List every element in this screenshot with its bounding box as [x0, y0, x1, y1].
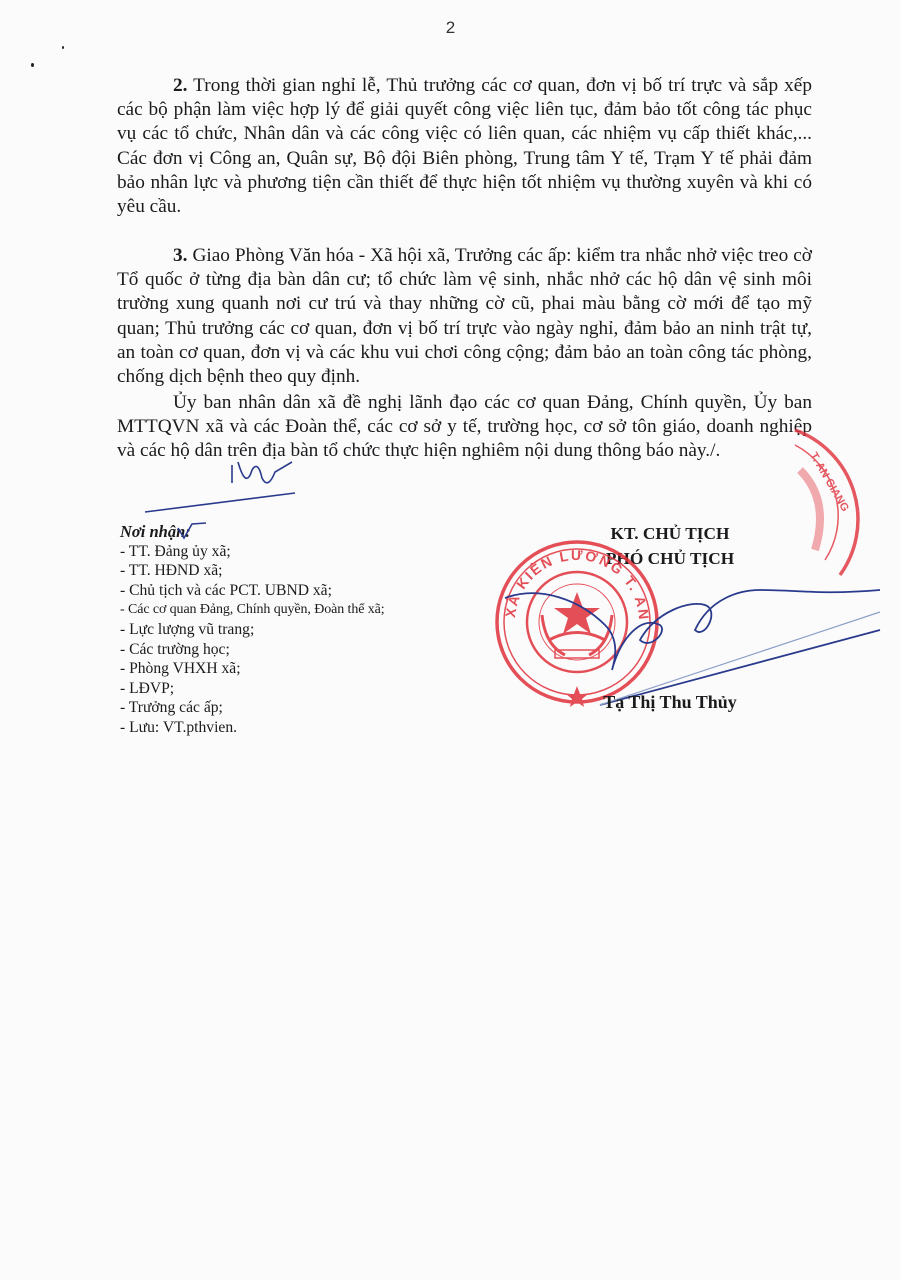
recipient-item: - TT. Đảng ủy xã; — [120, 542, 385, 562]
recipient-item: - Phòng VHXH xã; — [120, 659, 385, 679]
paragraph-text: Ủy ban nhân dân xã đề nghị lãnh đạo các … — [117, 391, 812, 464]
paragraph-text: Trong thời gian nghỉ lễ, Thủ trưởng các … — [117, 75, 812, 217]
recipient-item: - Chủ tịch và các PCT. UBND xã; — [120, 581, 385, 601]
signature-title-line1: KT. CHỦ TỊCH — [560, 521, 780, 546]
signature-scribble — [505, 590, 880, 705]
scan-speck — [31, 63, 34, 67]
signature-title-line2: PHÓ CHỦ TỊCH — [560, 546, 780, 571]
recipient-item: - Lưu: VT.pthvien. — [120, 718, 385, 738]
recipient-item: - Trưởng các ấp; — [120, 698, 385, 718]
recipient-item: - LĐVP; — [120, 679, 385, 699]
scan-speck — [62, 46, 64, 49]
recipient-item: - TT. HĐND xã; — [120, 561, 385, 581]
recipient-item: - Lực lượng vũ trang; — [120, 620, 385, 640]
paragraph-text: Giao Phòng Văn hóa - Xã hội xã, Trưởng c… — [117, 245, 812, 387]
paragraph-3: 3. Giao Phòng Văn hóa - Xã hội xã, Trưởn… — [117, 244, 812, 389]
closing-paragraph: Ủy ban nhân dân xã đề nghị lãnh đạo các … — [117, 391, 812, 464]
recipient-item: - Các trường học; — [120, 640, 385, 660]
page-number: 2 — [0, 18, 901, 38]
paragraph-number: 2. — [173, 75, 187, 96]
recipient-item: - Các cơ quan Đảng, Chính quyền, Đoàn th… — [120, 600, 385, 620]
signature-title-block: KT. CHỦ TỊCH PHÓ CHỦ TỊCH — [560, 521, 780, 571]
recipients-title: Nơi nhận: — [120, 522, 385, 542]
signer-name: Tạ Thị Thu Thủy — [560, 692, 780, 713]
paragraph-2: 2. Trong thời gian nghỉ lễ, Thủ trưởng c… — [117, 74, 812, 219]
paragraph-number: 3. — [173, 245, 187, 266]
partial-seal-text: T. AN GIANG — [807, 451, 851, 514]
recipients-list: Nơi nhận: - TT. Đảng ủy xã; - TT. HĐND x… — [120, 522, 385, 738]
